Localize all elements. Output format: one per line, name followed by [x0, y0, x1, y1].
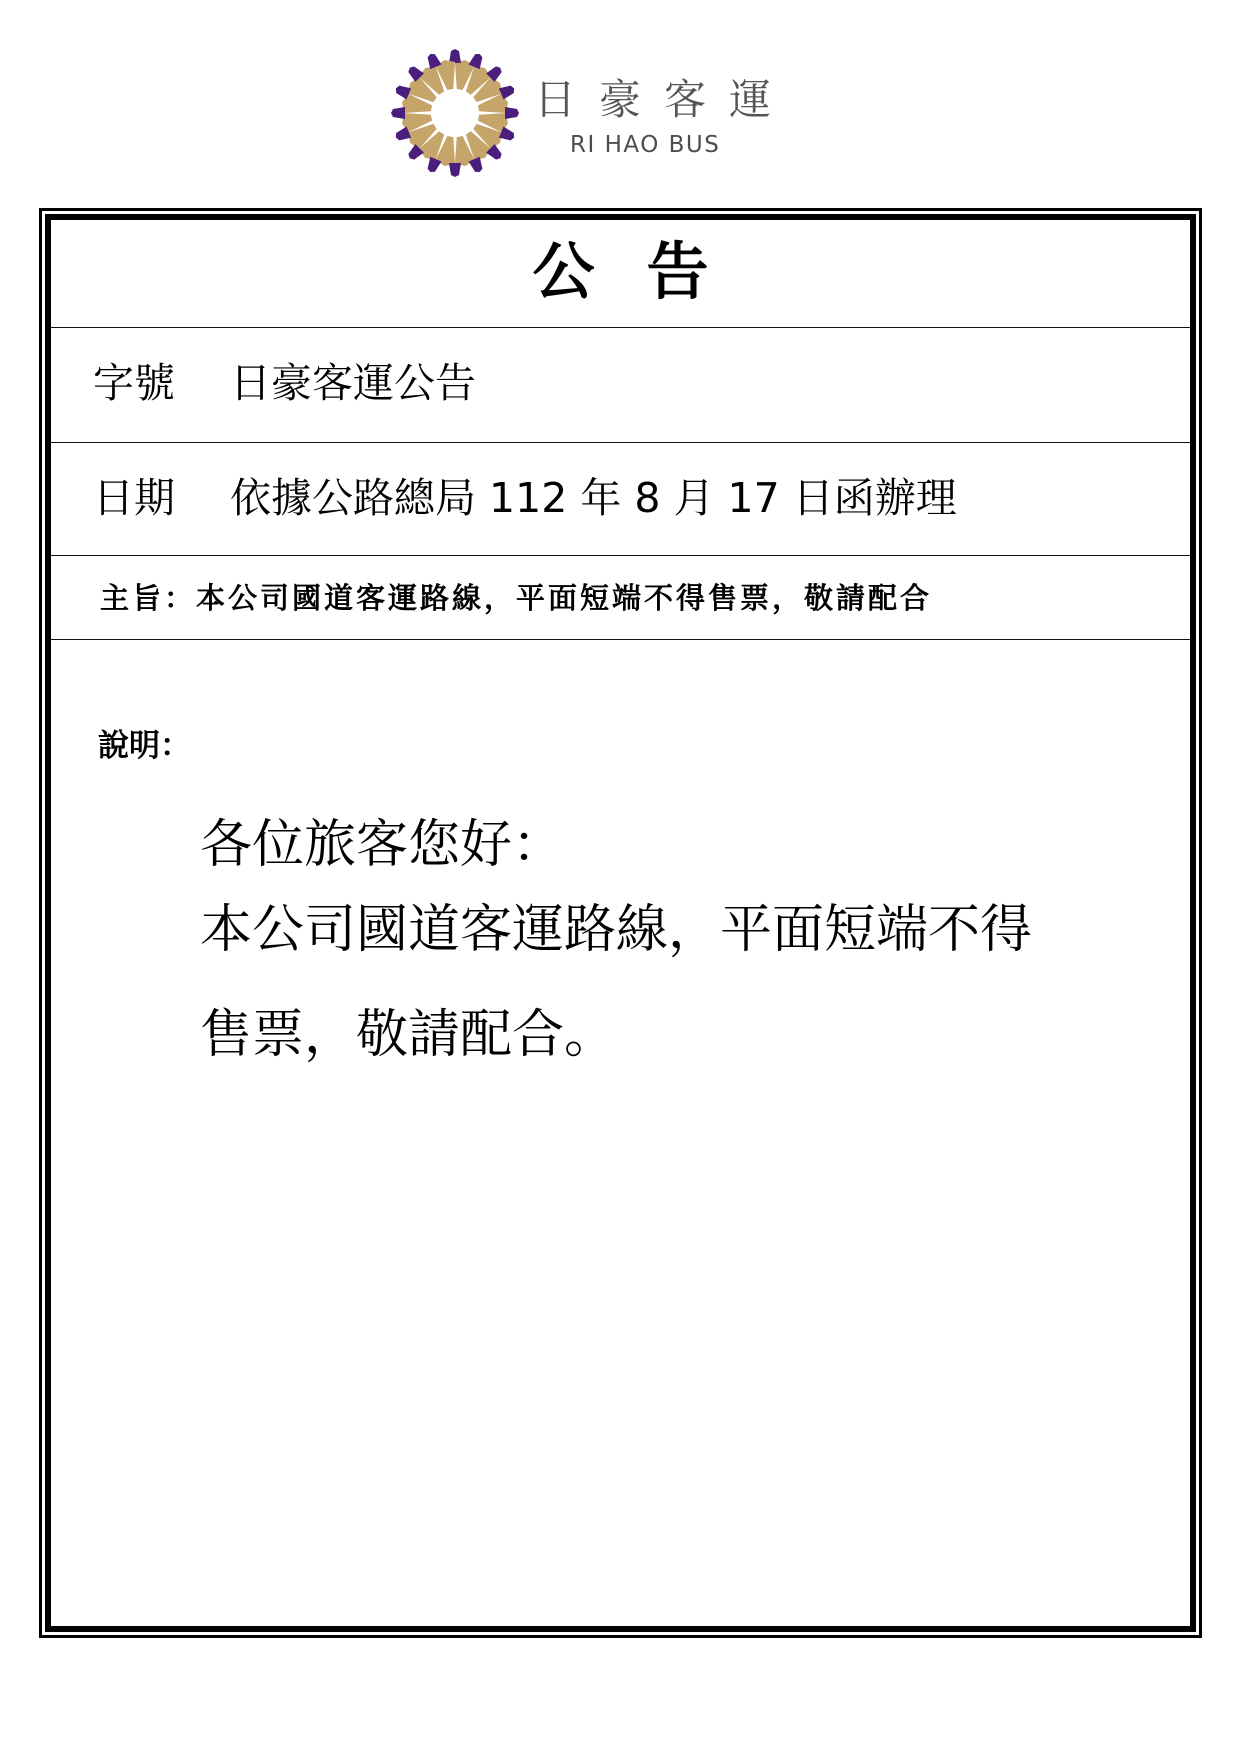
body-line: 售票，敬請配合。 [200, 1005, 616, 1065]
explanation-label: 說明： [98, 726, 191, 766]
date-label: 日期 [93, 474, 230, 522]
notice-title: 公告 [51, 236, 1190, 308]
subject-line: 主旨：本公司國道客運路線，平面短端不得售票，敬請配合 [100, 580, 932, 616]
reference-number-row: 字號日豪客運公告 [93, 359, 476, 407]
logo-company-name-cn: 日豪客運 [534, 76, 794, 124]
body-line: 本公司國道客運路線，平面短端不得 [200, 900, 1032, 960]
divider [51, 327, 1190, 328]
date-value: 依據公路總局 112 年 8 月 17 日函辦理 [230, 474, 957, 522]
reference-number-value: 日豪客運公告 [230, 359, 476, 407]
divider [51, 555, 1190, 556]
body-greeting: 各位旅客您好： [200, 815, 564, 875]
logo-company-name-en: RI HAO BUS [570, 132, 720, 158]
divider [51, 442, 1190, 443]
divider [51, 639, 1190, 640]
company-logo: 日豪客運 RI HAO BUS [390, 48, 810, 178]
sunburst-logo-icon [390, 48, 520, 178]
date-row: 日期依據公路總局 112 年 8 月 17 日函辦理 [93, 474, 957, 522]
reference-number-label: 字號 [93, 359, 230, 407]
